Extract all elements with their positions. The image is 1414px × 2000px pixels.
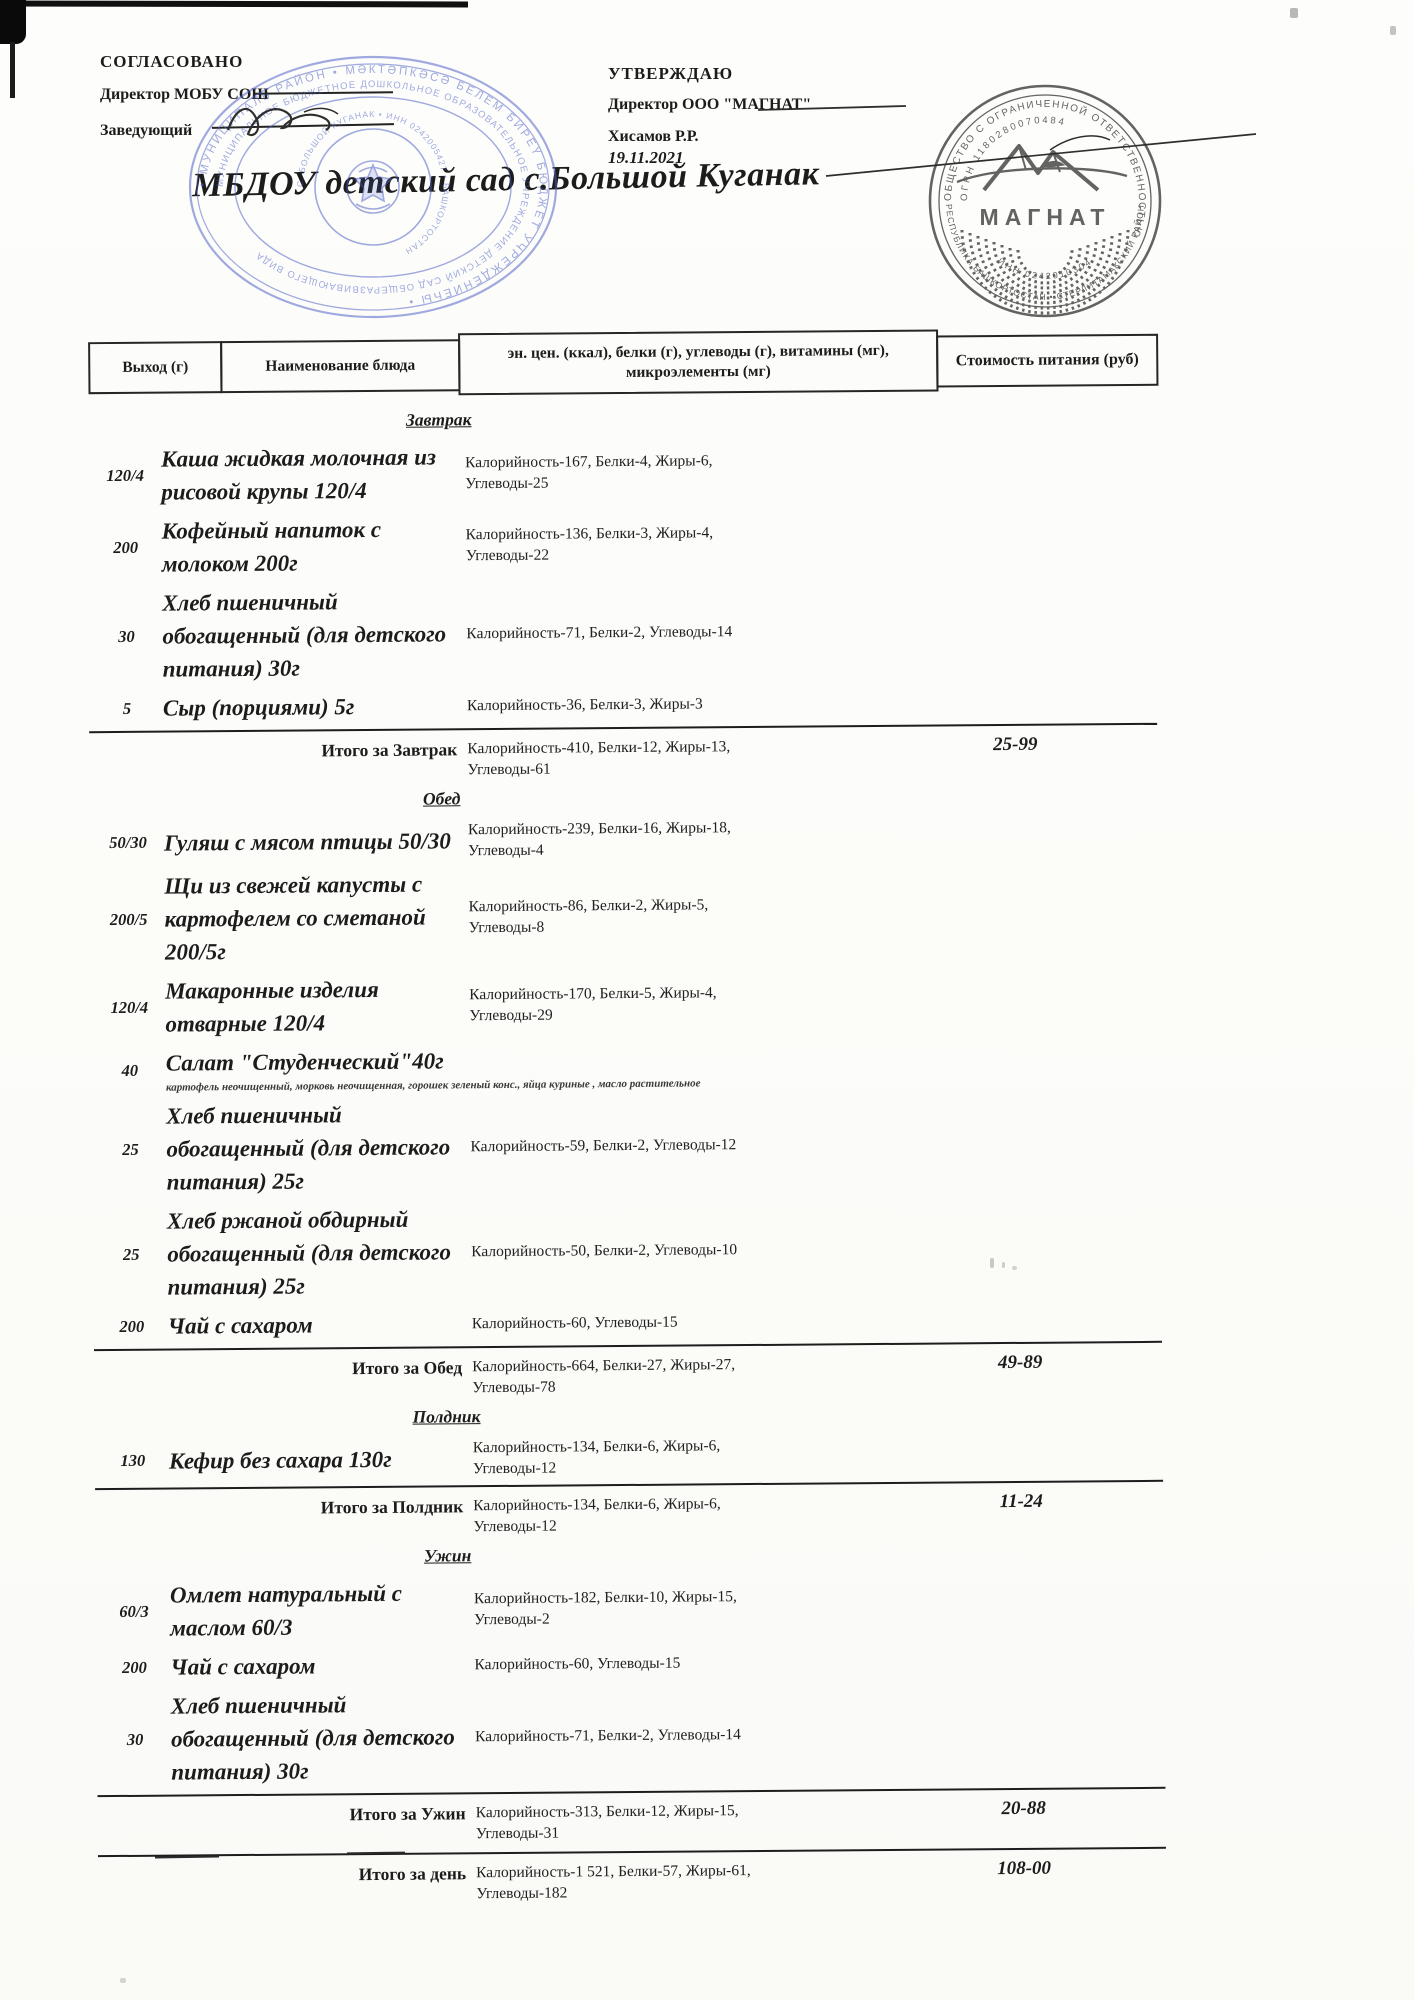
section-total-row: Итого за ЗавтракКалорийность-410, Белки-… bbox=[91, 733, 1161, 783]
dish-name-cell: Хлеб пшеничный обогащенный (для детского… bbox=[166, 1097, 467, 1198]
dish-nutrition: Калорийность-134, Белки-6, Жиры-6, Углев… bbox=[469, 1435, 779, 1479]
magnat-stamp-ogrn-text: ОГРН 1180280070484 bbox=[959, 115, 1068, 201]
dish-portion: 200 bbox=[90, 538, 162, 559]
svg-text:ИНН 0242010304: ИНН 0242010304 bbox=[996, 256, 1094, 281]
approved-role-line: Директор ООО "МАГНАТ" bbox=[608, 96, 811, 114]
agreed-label: СОГЛАСОВАНО bbox=[100, 52, 243, 72]
dish-nutrition: Калорийность-136, Белки-3, Жиры-4, Углев… bbox=[462, 522, 772, 566]
dish-name: Каша жидкая молочная из рисовой крупы 12… bbox=[161, 440, 462, 508]
scan-edge-artifact bbox=[0, 1, 468, 8]
menu-row: 200/5Щи из свежей капусты с картофелем с… bbox=[92, 862, 1163, 969]
head-signature bbox=[228, 109, 330, 135]
dish-name: Хлеб ржаной обдирный обогащенный (для де… bbox=[167, 1202, 468, 1303]
section-total-nutrition: Калорийность-134, Белки-6, Жиры-6, Углев… bbox=[469, 1493, 779, 1537]
dish-portion: 200/5 bbox=[93, 909, 165, 930]
svg-text:РЕСПУБЛИКА БАШКОРТОСТАН • СТЕР: РЕСПУБЛИКА БАШКОРТОСТАН • СТЕРЛИТАМАКСКИ… bbox=[944, 204, 1146, 302]
dish-portion: 120/4 bbox=[89, 466, 161, 487]
column-header-cost: Стоимость питания (руб) bbox=[936, 334, 1158, 388]
scan-speck bbox=[1390, 26, 1396, 35]
dish-name-cell: Кефир без сахара 130г bbox=[169, 1442, 469, 1477]
section-title: Ужин bbox=[98, 1543, 798, 1569]
magnat-stamp-mountains-logo bbox=[957, 146, 1127, 190]
dish-name-cell: Гуляш с мясом птицы 50/30 bbox=[164, 824, 464, 859]
dish-nutrition: Калорийность-182, Белки-10, Жиры-15, Угл… bbox=[470, 1586, 780, 1630]
dish-nutrition bbox=[466, 1065, 776, 1067]
dish-nutrition: Калорийность-50, Белки-2, Углеводы-10 bbox=[467, 1239, 777, 1262]
signature-blank-line bbox=[212, 123, 394, 129]
magnat-round-stamp: ОБЩЕСТВО С ОГРАНИЧЕННОЙ ОТВЕТСТВЕННОСТЬЮ… bbox=[922, 78, 1168, 324]
dish-name-cell: Омлет натуральный с маслом 60/3 bbox=[170, 1576, 471, 1644]
section-total-label: Итого за Ужин bbox=[100, 1802, 472, 1827]
total-separator-line bbox=[98, 1787, 1166, 1797]
dish-nutrition: Калорийность-59, Белки-2, Углеводы-12 bbox=[466, 1134, 776, 1157]
dish-name: Щи из свежей капусты с картофелем со сме… bbox=[164, 867, 465, 968]
section-total-label: Итого за Обед bbox=[96, 1356, 468, 1381]
column-header-dish: Наименование блюда bbox=[220, 339, 460, 393]
approver-name: Хисамов Р.Р. bbox=[608, 128, 699, 146]
dish-name-cell: Каша жидкая молочная из рисовой крупы 12… bbox=[161, 440, 462, 508]
dish-name: Салат "Студенческий"40г bbox=[166, 1044, 466, 1079]
magnat-stamp-top-ring-text: ОБЩЕСТВО С ОГРАНИЧЕННОЙ ОТВЕТСТВЕННОСТЬЮ bbox=[943, 99, 1147, 240]
dish-portion: 50/30 bbox=[92, 833, 164, 854]
dish-name-cell: Салат "Студенческий"40гкартофель неочище… bbox=[166, 1044, 466, 1093]
dish-name-cell: Чай с сахаром bbox=[168, 1307, 468, 1342]
section-total-cost: 11-24 bbox=[901, 1490, 1141, 1514]
menu-row: 130Кефир без сахара 130гКалорийность-134… bbox=[97, 1432, 1167, 1482]
scan-edge-artifact bbox=[10, 42, 15, 98]
menu-row: 50/30Гуляш с мясом птицы 50/30Калорийнос… bbox=[92, 814, 1162, 864]
dish-ingredients-note: картофель неочищенный, морковь неочищенн… bbox=[166, 1077, 806, 1094]
dish-name: Чай с сахаром bbox=[168, 1307, 468, 1342]
magnat-stamp-name: МАГНАТ bbox=[980, 204, 1111, 230]
section-total-cost: 20-88 bbox=[904, 1797, 1144, 1821]
dish-nutrition: Калорийность-60, Углеводы-15 bbox=[470, 1652, 780, 1675]
section-total-label: Итого за Завтрак bbox=[91, 738, 463, 763]
dish-name-cell: Макаронные изделия отварные 120/4 bbox=[165, 972, 466, 1040]
dish-name: Омлет натуральный с маслом 60/3 bbox=[170, 1576, 471, 1644]
total-separator-line bbox=[89, 723, 1157, 733]
menu-table: Выход (г) Наименование блюда эн. цен. (к… bbox=[88, 324, 1170, 1915]
svg-text:ОБЩЕСТВО С ОГРАНИЧЕННОЙ ОТВЕТС: ОБЩЕСТВО С ОГРАНИЧЕННОЙ ОТВЕТСТВЕННОСТЬЮ bbox=[943, 99, 1147, 240]
dish-name: Хлеб пшеничный обогащенный (для детского… bbox=[171, 1687, 472, 1788]
dish-name: Кофейный напиток с молоком 200г bbox=[161, 512, 462, 580]
dish-portion: 5 bbox=[91, 698, 163, 719]
dish-name-cell: Кофейный напиток с молоком 200г bbox=[161, 512, 462, 580]
column-header-nutrition: эн. цен. (ккал), белки (г), углеводы (г)… bbox=[458, 330, 938, 396]
total-separator-line bbox=[94, 1341, 1162, 1351]
column-header-output: Выход (г) bbox=[88, 341, 222, 394]
head-signature-flick bbox=[304, 108, 338, 114]
dish-name-cell: Сыр (порциями) 5г bbox=[163, 689, 463, 724]
magnat-stamp-bottom-ring-text: РЕСПУБЛИКА БАШКОРТОСТАН • СТЕРЛИТАМАКСКИ… bbox=[944, 204, 1146, 302]
dish-portion: 200 bbox=[96, 1316, 168, 1337]
agreed-role-line: Директор МОБУ СОШ bbox=[100, 86, 269, 104]
day-total-label: Итого за день bbox=[100, 1862, 472, 1887]
magnat-stamp-inn-text: ИНН 0242010304 bbox=[996, 256, 1094, 281]
scan-speck bbox=[120, 1978, 126, 1983]
dish-nutrition: Калорийность-71, Белки-2, Углеводы-14 bbox=[462, 621, 772, 644]
menu-row: 200Кофейный напиток с молоком 200гКалори… bbox=[89, 507, 1159, 581]
dish-portion: 130 bbox=[97, 1451, 169, 1472]
approved-label: УТВЕРЖДАЮ bbox=[608, 64, 733, 84]
menu-row: 25Хлеб ржаной обдирный обогащенный (для … bbox=[95, 1197, 1166, 1304]
dish-name: Чай с сахаром bbox=[170, 1648, 470, 1683]
section-total-nutrition: Калорийность-313, Белки-12, Жиры-15, Угл… bbox=[472, 1800, 782, 1844]
total-separator-line bbox=[95, 1480, 1163, 1490]
dish-nutrition: Калорийность-36, Белки-3, Жиры-3 bbox=[463, 693, 773, 716]
dish-name-cell: Хлеб ржаной обдирный обогащенный (для де… bbox=[167, 1202, 468, 1303]
day-total-cost: 108-00 bbox=[904, 1857, 1144, 1881]
section-total-cost: 25-99 bbox=[895, 733, 1135, 757]
head-role-line: Заведующий bbox=[100, 122, 192, 140]
dish-name: Хлеб пшеничный обогащенный (для детского… bbox=[162, 584, 463, 685]
menu-row: 30Хлеб пшеничный обогащенный (для детско… bbox=[99, 1682, 1170, 1789]
section-title: Завтрак bbox=[89, 407, 789, 433]
dish-portion: 25 bbox=[94, 1139, 166, 1160]
svg-text:ОГРН 1180280070484: ОГРН 1180280070484 bbox=[959, 115, 1068, 201]
menu-row: 25Хлеб пшеничный обогащенный (для детско… bbox=[94, 1092, 1165, 1199]
magnat-stamp-guilloche bbox=[962, 230, 1128, 313]
approver-signature-stroke bbox=[1050, 136, 1110, 150]
section-total-nutrition: Калорийность-410, Белки-12, Жиры-13, Угл… bbox=[463, 736, 773, 780]
section-total-row: Итого за УжинКалорийность-313, Белки-12,… bbox=[100, 1797, 1170, 1847]
section-total-label: Итого за Полдник bbox=[97, 1495, 469, 1520]
menu-row: 120/4Каша жидкая молочная из рисовой кру… bbox=[89, 435, 1159, 509]
dish-portion: 200 bbox=[98, 1657, 170, 1678]
dish-nutrition: Калорийность-167, Белки-4, Жиры-6, Углев… bbox=[461, 450, 771, 494]
section-total-row: Итого за ОбедКалорийность-664, Белки-27,… bbox=[96, 1351, 1166, 1401]
scan-speck bbox=[1290, 8, 1298, 18]
menu-row: 40Салат "Студенческий"40гкартофель неочи… bbox=[94, 1039, 1164, 1094]
dish-portion: 30 bbox=[90, 626, 162, 647]
day-total-row: Итого за деньКалорийность-1 521, Белки-5… bbox=[100, 1857, 1170, 1907]
section-total-row: Итого за ПолдникКалорийность-134, Белки-… bbox=[97, 1490, 1167, 1540]
scan-corner-artifact bbox=[0, 0, 26, 44]
menu-row: 200Чай с сахаромКалорийность-60, Углевод… bbox=[98, 1643, 1168, 1684]
day-total-nutrition: Калорийность-1 521, Белки-57, Жиры-61, У… bbox=[472, 1860, 782, 1904]
menu-row: 60/3Омлет натуральный с маслом 60/3Калор… bbox=[98, 1571, 1168, 1645]
dish-portion: 60/3 bbox=[98, 1602, 170, 1623]
dish-name: Кефир без сахара 130г bbox=[169, 1442, 469, 1477]
dish-name: Сыр (порциями) 5г bbox=[163, 689, 463, 724]
dish-nutrition: Калорийность-86, Белки-2, Жиры-5, Углево… bbox=[464, 893, 774, 937]
signature-blank-line bbox=[253, 91, 393, 94]
dish-name-cell: Хлеб пшеничный обогащенный (для детского… bbox=[162, 584, 463, 685]
dish-portion: 25 bbox=[95, 1244, 167, 1265]
dish-nutrition: Калорийность-239, Белки-16, Жиры-18, Угл… bbox=[464, 817, 774, 861]
section-total-nutrition: Калорийность-664, Белки-27, Жиры-27, Угл… bbox=[468, 1354, 778, 1398]
dish-name-cell: Щи из свежей капусты с картофелем со сме… bbox=[164, 867, 465, 968]
menu-row: 30Хлеб пшеничный обогащенный (для детско… bbox=[90, 579, 1161, 686]
menu-row: 200Чай с сахаромКалорийность-60, Углевод… bbox=[96, 1302, 1166, 1343]
dish-name: Макаронные изделия отварные 120/4 bbox=[165, 972, 466, 1040]
menu-table-body: Завтрак120/4Каша жидкая молочная из рисо… bbox=[88, 324, 1170, 1907]
dish-nutrition: Калорийность-71, Белки-2, Углеводы-14 bbox=[471, 1724, 781, 1747]
dish-portion: 30 bbox=[99, 1729, 171, 1750]
section-total-cost: 49-89 bbox=[900, 1351, 1140, 1375]
menu-row: 120/4Макаронные изделия отварные 120/4Ка… bbox=[93, 967, 1163, 1041]
dish-portion: 120/4 bbox=[93, 998, 165, 1019]
menu-row: 5Сыр (порциями) 5гКалорийность-36, Белки… bbox=[91, 684, 1161, 725]
dish-name: Хлеб пшеничный обогащенный (для детского… bbox=[166, 1097, 467, 1198]
dish-nutrition: Калорийность-170, Белки-5, Жиры-4, Углев… bbox=[465, 982, 775, 1026]
scanned-menu-document: СОГЛАСОВАНО Директор МОБУ СОШ Заведующий… bbox=[0, 0, 1414, 2000]
dish-name-cell: Хлеб пшеничный обогащенный (для детского… bbox=[171, 1687, 472, 1788]
section-title: Полдник bbox=[96, 1404, 796, 1430]
section-title: Обед bbox=[92, 786, 792, 812]
document-title: МБДОУ детский сад с.Большой Куганак bbox=[192, 153, 953, 206]
dish-name-cell: Чай с сахаром bbox=[170, 1648, 470, 1683]
dish-name: Гуляш с мясом птицы 50/30 bbox=[164, 824, 464, 859]
dish-nutrition: Калорийность-60, Углеводы-15 bbox=[468, 1311, 778, 1334]
dish-portion: 40 bbox=[94, 1060, 166, 1081]
total-separator-line bbox=[98, 1847, 1166, 1857]
